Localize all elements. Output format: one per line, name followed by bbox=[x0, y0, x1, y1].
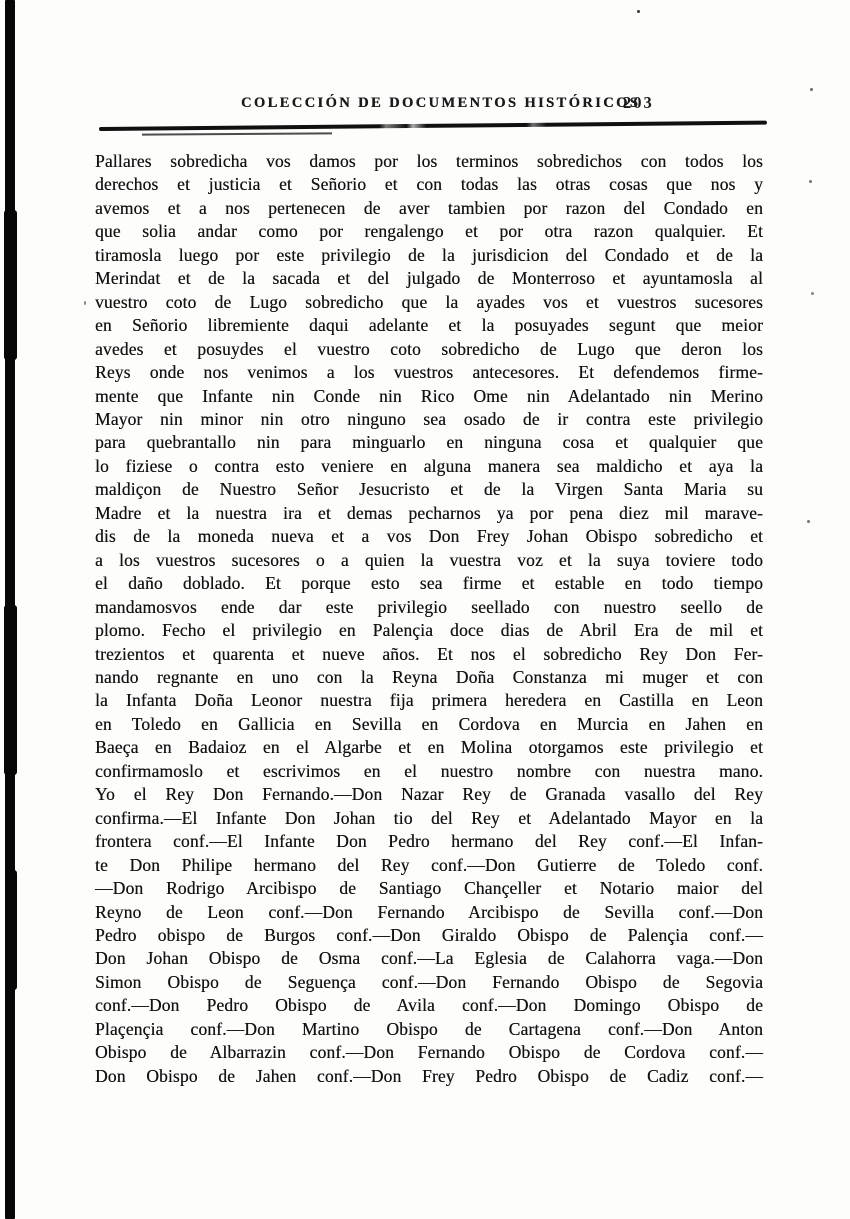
scan-speck bbox=[811, 292, 814, 295]
header-rule bbox=[99, 121, 767, 131]
binding-edge-bar bbox=[5, 870, 17, 990]
scan-speck bbox=[84, 301, 86, 305]
binding-edge-bar bbox=[4, 605, 17, 775]
scan-speck bbox=[637, 10, 640, 13]
scan-speck bbox=[810, 88, 813, 91]
binding-edge-bar bbox=[7, 1140, 14, 1219]
document-body-text: Pallares sobredicha vos damos por los te… bbox=[95, 150, 763, 1088]
running-title: COLECCIÓN DE DOCUMENTOS HISTÓRICOS bbox=[241, 95, 640, 112]
binding-edge-bar bbox=[4, 210, 17, 360]
page-number: 203 bbox=[623, 93, 654, 113]
header-rule-fragment bbox=[142, 132, 332, 135]
scanned-book-page: COLECCIÓN DE DOCUMENTOS HISTÓRICOS 203 P… bbox=[0, 0, 850, 1219]
scan-speck bbox=[807, 520, 810, 523]
scan-speck bbox=[809, 180, 812, 183]
